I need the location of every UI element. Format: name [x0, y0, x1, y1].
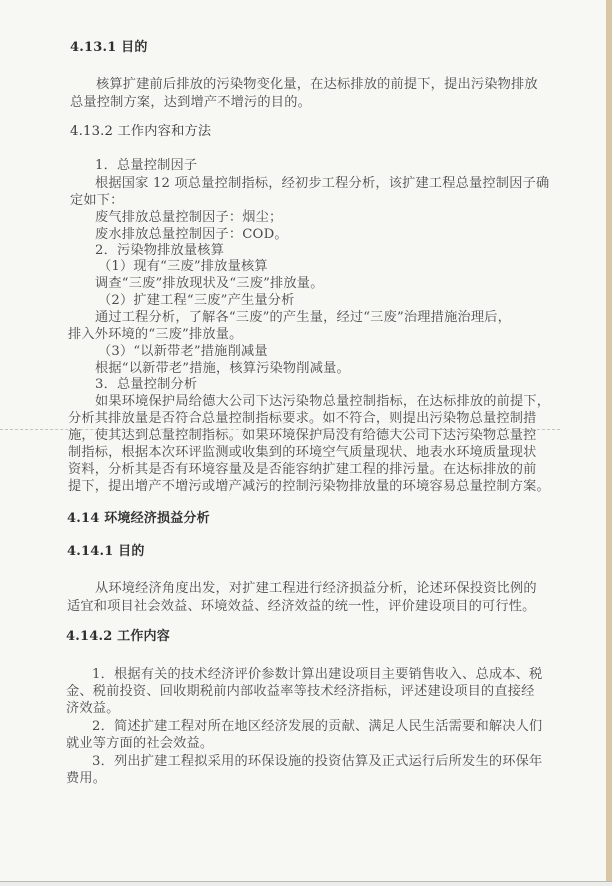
list-item-title: 3．总量控制分析	[95, 377, 197, 393]
paragraph-line: 适宜和项目社会效益、环境效益、经济效益的统一性，评价建设项目的可行性。	[67, 599, 536, 615]
paragraph-line: 费用。	[66, 771, 106, 787]
paper-edge-bottom	[0, 881, 612, 886]
scanned-page: 4.13.1 目的 核算扩建前后排放的污染物变化量，在达标排放的前提下，提出污染…	[0, 0, 606, 882]
paragraph-line: 根据国家 12 项总量控制指标，经初步工程分析，该扩建工程总量控制因子确	[95, 176, 549, 192]
paragraph-line: 调查“三废”排放现状及“三废”排放量。	[95, 276, 324, 292]
paragraph-line: 如果环境保护局给德大公司下达污染物总量控制指标，在达标排放的前提下，	[95, 394, 550, 410]
heading-4-13-1: 4.13.1 目的	[70, 40, 148, 56]
list-item: 2．简述扩建工程对所在地区经济发展的贡献、满足人民生活需要和解决人们	[92, 719, 542, 735]
sub-item-title: （2）扩建工程“三废”产生量分析	[98, 293, 295, 309]
paragraph-line: 从环境经济角度出发，对扩建工程进行经济损益分析，论述环保投资比例的	[95, 581, 537, 597]
paragraph-line: 施，使其达到总量控制指标。如果环境保护局没有给德大公司下达污染物总量控	[68, 428, 537, 444]
paper-edge-right	[606, 0, 612, 886]
heading-4-14-2: 4.14.2 工作内容	[66, 629, 170, 645]
paragraph-line: 通过工程分析，了解各“三废”的产生量，经过“三废”治理措施治理后，	[95, 310, 511, 326]
sub-item-title: （3）“以新带老”措施削减量	[98, 344, 268, 360]
list-item-title: 2．污染物排放量核算	[95, 243, 224, 259]
sub-item-title: （1）现有“三废”排放量核算	[98, 259, 268, 275]
paragraph-line: 定如下：	[70, 193, 124, 209]
list-item: 3．列出扩建工程拟采用的环保设施的投资估算及正式运行后所发生的环保年	[92, 754, 542, 770]
paragraph-line: 废气排放总量控制因子：烟尘；	[95, 210, 282, 226]
paragraph-line: 排入外环境的“三废”排放量。	[68, 327, 243, 343]
scan-fold-line	[0, 429, 560, 430]
heading-4-14: 4.14 环境经济损益分析	[67, 511, 210, 527]
paragraph-line: 根据“以新带老”措施，核算污染物削减量。	[95, 361, 350, 377]
list-item: 1．根据有关的技术经济评价参数计算出建设项目主要销售收入、总成本、税	[92, 667, 542, 683]
heading-4-13-2: 4.13.2 工作内容和方法	[70, 124, 211, 140]
paragraph-line: 金、税前投资、回收期税前内部收益率等技术经济指标，评述建设项目的直接经	[66, 684, 535, 700]
paragraph-line: 提下，提出增产不增污或增产减污的控制污染物排放量的环境容易总量控制方案。	[68, 479, 550, 495]
heading-4-14-1: 4.14.1 目的	[67, 544, 145, 560]
paragraph-line: 就业等方面的社会效益。	[66, 736, 213, 752]
paragraph-line: 总量控制方案，达到增产不增污的目的。	[70, 95, 311, 111]
paragraph-line: 分析其排放量是否符合总量控制指标要求。如不符合，则提出污染物总量控制措	[68, 411, 537, 427]
paragraph-line: 制指标，根据本次环评监测或收集到的环境空气质量现状、地表水环境质量现状	[68, 445, 537, 461]
paragraph-line: 济效益。	[66, 701, 120, 717]
list-item-title: 1．总量控制因子	[95, 158, 197, 174]
paragraph-line: 资料，分析其是否有环境容量及是否能容纳扩建工程的排污量。在达标排放的前	[68, 462, 537, 478]
paragraph-line: 废水排放总量控制因子：COD。	[95, 227, 288, 243]
paragraph-line: 核算扩建前后排放的污染物变化量，在达标排放的前提下，提出污染物排放	[96, 77, 538, 93]
